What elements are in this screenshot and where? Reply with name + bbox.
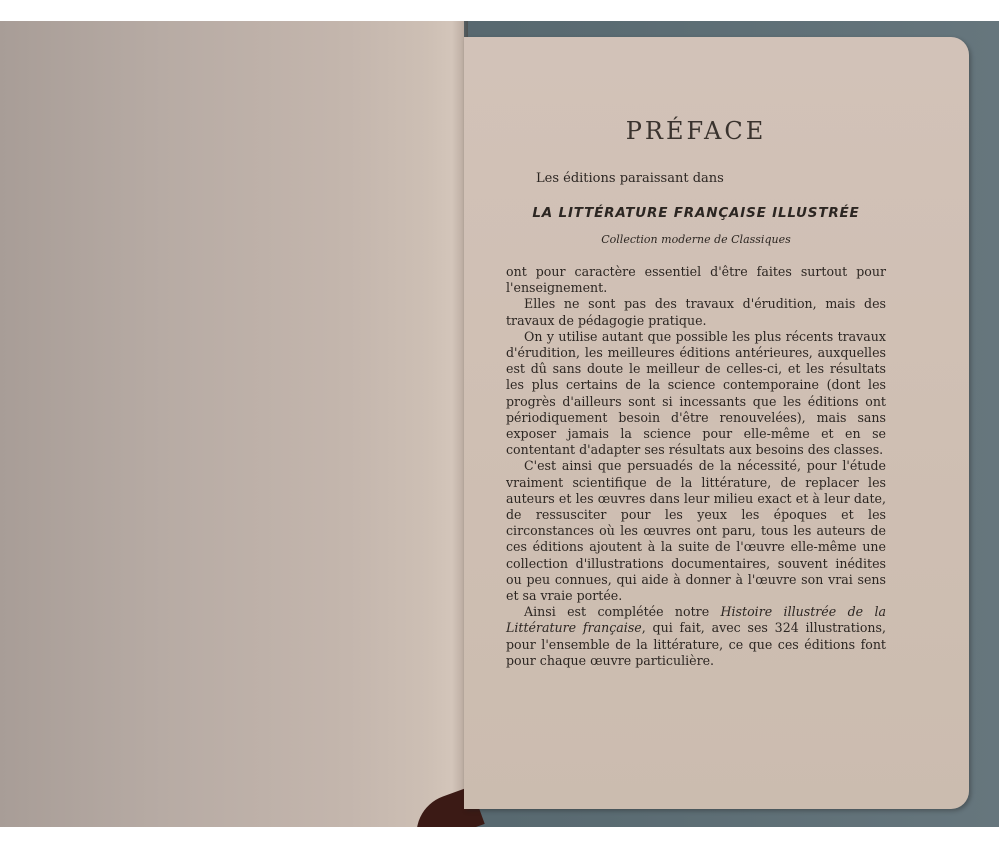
preface-body: ont pour caractère essentiel d'être fait… xyxy=(506,264,886,669)
left-page-blank xyxy=(0,21,464,827)
paragraph: Elles ne sont pas des travaux d'éruditio… xyxy=(506,296,886,328)
paragraph: On y utilise autant que possible les plu… xyxy=(506,329,886,459)
collection-name: LA LITTÉRATURE FRANÇAISE ILLUSTRÉE xyxy=(506,205,886,221)
paragraph: ont pour caractère essentiel d'être fait… xyxy=(506,264,886,296)
paragraph-text: Ainsi est complétée notre xyxy=(524,604,721,619)
paragraph: C'est ainsi que persuadés de la nécessit… xyxy=(506,458,886,604)
page-title: PRÉFACE xyxy=(506,117,886,145)
paragraph: Ainsi est complétée notre Histoire illus… xyxy=(506,604,886,669)
collection-subtitle: Collection moderne de Classiques xyxy=(506,233,886,246)
intro-line: Les éditions paraissant dans xyxy=(536,171,724,186)
